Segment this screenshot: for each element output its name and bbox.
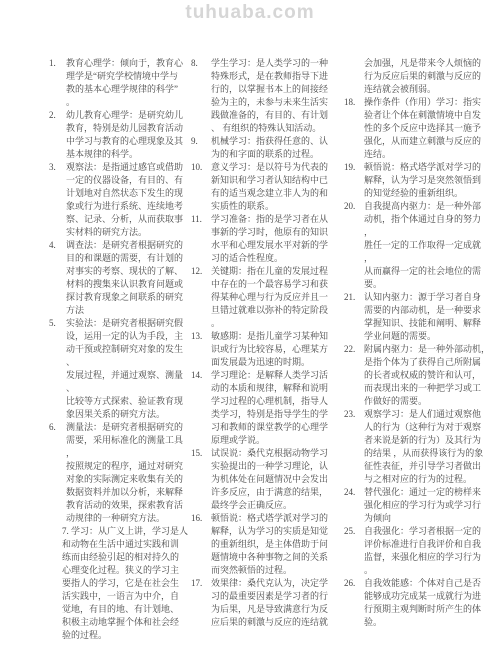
item-number: 19. xyxy=(344,161,364,200)
item-number: 5. xyxy=(49,317,66,421)
glossary-item: 21.认知内驱力：源于学习者自身 需要的内部动机，是一种要求 掌握知识、技能和阐… xyxy=(344,291,480,343)
glossary-item: 20.自我提高内驱力：是一种外部 动机，指个体通过自身的努力 ， 胜任一定的工作… xyxy=(344,200,480,291)
item-number: 14. xyxy=(191,369,211,447)
item-text: 学习准备：指的是学习者在从 事新的学习时，他原有的知识 水平和心理发展水平对新的… xyxy=(211,213,328,265)
glossary-item: 8.学生学习：是人类学习的一种 特殊形式，是在教师指导下进 行的，以掌握书本上的… xyxy=(191,57,328,135)
item-number: 13. xyxy=(191,330,211,369)
item-number: 22. xyxy=(344,343,364,408)
column-2: 8.学生学习：是人类学习的一种 特殊形式，是在教师指导下进 行的，以掌握书本上的… xyxy=(191,57,328,629)
glossary-item: 22.附属内驱力：是一种外部动机， 是指个体为了获得自己所附属 的长者或权威的赞… xyxy=(344,343,480,408)
item-text: 认知内驱力：源于学习者自身 需要的内部动机，是一种要求 掌握知识、技能和阐明、解… xyxy=(364,291,481,343)
item-text: 替代强化：通过一定的榜样来 强化相应的学习行为或学习行 为倾向 xyxy=(364,486,481,525)
item-text: 调查法：是研究者根据研究的 目的和课题的需要，有计划的 对事实的考察、现状的了解… xyxy=(66,239,183,317)
glossary-item: 19.顿悟说：格式塔学派对学习的 解释，认为学习是突然领悟到 的知觉经验的重新组… xyxy=(344,161,480,200)
item-number: 21. xyxy=(344,291,364,343)
item-number: 6. xyxy=(49,421,66,525)
item-text: 会加强，凡是带来令人烦恼的 行为反应后果的刺激与反应的 连结就会被削弱。 xyxy=(364,57,481,96)
column-1: 1.教育心理学：倾向于，教育心 理学是“研究学校情境中学与 教的基本心理学规律的… xyxy=(49,57,182,642)
item-number: 20. xyxy=(344,200,364,291)
item-number: 17. xyxy=(191,577,211,629)
item-number: 18. xyxy=(344,96,364,161)
glossary-item: 12.关键期：指在儿童的发展过程 中存在的一个最容易学习和获 得某种心理与行为反… xyxy=(191,265,328,330)
glossary-item: 10.意义学习：是以符号为代表的 新知识和学习者认知结构中已 有的适当观念建立非… xyxy=(191,161,328,213)
glossary-item: 25.自我强化：学习者根据一定的 评价标准进行自我评价和自我 监督，来强化相应的… xyxy=(344,525,480,577)
item-number: 12. xyxy=(191,265,211,330)
item-number: 15. xyxy=(191,447,211,512)
item-number: 4. xyxy=(49,239,66,317)
item-number xyxy=(344,57,364,96)
glossary-document: 1.教育心理学：倾向于，教育心 理学是“研究学校情境中学与 教的基本心理学规律的… xyxy=(49,57,480,642)
glossary-item: 2.幼儿教育心理学：是研究幼儿 教育，特别是幼儿园教育活动 中学习与教育的心理现… xyxy=(49,109,182,161)
item-number: 10. xyxy=(191,161,211,213)
glossary-item: 14.学习理论：是解释人类学习活 动的本质和规律，解释和说明 学习过程的心理机制… xyxy=(191,369,328,447)
glossary-item: 11.学习准备：指的是学习者在从 事新的学习时，他原有的知识 水平和心理发展水平… xyxy=(191,213,328,265)
item-text: 教育心理学：倾向于，教育心 理学是“研究学校情境中学与 教的基本心理学规律的科学… xyxy=(66,57,183,109)
item-text: 观察法：是指通过感官或借助 一定的仪器设备，有目的、有 计划地对自然状态下发生的… xyxy=(66,161,183,239)
glossary-item: 9.机械学习：指获得任意的、认 为的和字面的联系的过程。 xyxy=(191,135,328,161)
item-number: 1. xyxy=(49,57,66,109)
glossary-item: 6.测量法：是研究者根据研究的 需要，采用标准化的测量工具 ， 按照规定的程序，… xyxy=(49,421,182,525)
glossary-item: 15.试误说：桑代克根据动物学习 实验提出的一种学习理论，认 为机体处在问题情况… xyxy=(191,447,328,512)
item-number: 25. xyxy=(344,525,364,577)
item-text: 自我强化：学习者根据一定的 评价标准进行自我评价和自我 监督，来强化相应的学习行… xyxy=(364,525,481,577)
item-text: 测量法：是研究者根据研究的 需要，采用标准化的测量工具 ， 按照规定的程序，通过… xyxy=(66,421,183,525)
glossary-item: 会加强，凡是带来令人烦恼的 行为反应后果的刺激与反应的 连结就会被削弱。 xyxy=(344,57,480,96)
glossary-item: 5.实验法：是研究者根据研究假 设，运用一定的认为手段，主 动干预或控制研究对象… xyxy=(49,317,182,421)
glossary-item: 7. 学习：从广义上讲，学习是人 和动物在生活中通过实践和训 练而由经验引起的相… xyxy=(62,525,182,642)
glossary-item: 23.观察学习：是人们通过观察他 人的行为（这种行为对于观察 者来说是新的行为）… xyxy=(344,408,480,486)
item-text: 顿悟说：格式塔学派对学习的 解释，认为学习是突然领悟到 的知觉经验的重新组织。 xyxy=(364,161,481,200)
item-text: 敏感期：是指儿童学习某种知 识或行为比较容易，心理某方 面发展最为迅速的时期。 xyxy=(211,330,328,369)
item-number: 24. xyxy=(344,486,364,525)
glossary-item: 1.教育心理学：倾向于，教育心 理学是“研究学校情境中学与 教的基本心理学规律的… xyxy=(49,57,182,109)
glossary-item: 17.效果律：桑代克认为，决定学 习的最重要因素是学习者的行 为后果，凡是导致满… xyxy=(191,577,328,629)
item-number: 8. xyxy=(191,57,211,135)
item-number: 16. xyxy=(191,512,211,577)
glossary-item: 4.调查法：是研究者根据研究的 目的和课题的需要，有计划的 对事实的考察、现状的… xyxy=(49,239,182,317)
glossary-item: 3.观察法：是指通过感官或借助 一定的仪器设备，有目的、有 计划地对自然状态下发… xyxy=(49,161,182,239)
item-number: 11. xyxy=(191,213,211,265)
item-text: 自我效能感：个体对自己是否 能够成功完成某一成就行为进 行预期主观判断时所产生的… xyxy=(364,577,481,629)
item-text: 7. 学习：从广义上讲，学习是人 和动物在生活中通过实践和训 练而由经验引起的相… xyxy=(62,525,182,642)
glossary-item: 16.顿悟说：格式塔学派对学习的 解释，认为学习的实质是知觉 的重新组织，是主体… xyxy=(191,512,328,577)
column-3: 会加强，凡是带来令人烦恼的 行为反应后果的刺激与反应的 连结就会被削弱。18.操… xyxy=(344,57,480,629)
item-text: 机械学习：指获得任意的、认 为的和字面的联系的过程。 xyxy=(211,135,328,161)
item-text: 学习理论：是解释人类学习活 动的本质和规律，解释和说明 学习过程的心理机制，指导… xyxy=(211,369,328,447)
item-text: 自我提高内驱力：是一种外部 动机，指个体通过自身的努力 ， 胜任一定的工作取得一… xyxy=(364,200,481,291)
item-text: 效果律：桑代克认为，决定学 习的最重要因素是学习者的行 为后果，凡是导致满意行为… xyxy=(211,577,328,629)
item-text: 关键期：指在儿童的发展过程 中存在的一个最容易学习和获 得某种心理与行为反应并且… xyxy=(211,265,328,330)
glossary-item: 26.自我效能感：个体对自己是否 能够成功完成某一成就行为进 行预期主观判断时所… xyxy=(344,577,480,629)
item-text: 实验法：是研究者根据研究假 设，运用一定的认为手段，主 动干预或控制研究对象的发… xyxy=(66,317,183,421)
item-number: 2. xyxy=(49,109,66,161)
item-number: 26. xyxy=(344,577,364,629)
item-number: 3. xyxy=(49,161,66,239)
glossary-item: 13.敏感期：是指儿童学习某种知 识或行为比较容易，心理某方 面发展最为迅速的时… xyxy=(191,330,328,369)
glossary-item: 24.替代强化：通过一定的榜样来 强化相应的学习行为或学习行 为倾向 xyxy=(344,486,480,525)
item-text: 附属内驱力：是一种外部动机， 是指个体为了获得自己所附属 的长者或权威的赞许和认… xyxy=(364,343,490,408)
item-text: 试误说：桑代克根据动物学习 实验提出的一种学习理论，认 为机体处在问题情况中会发… xyxy=(211,447,328,512)
watermark: tuhuaba.com xyxy=(0,2,500,24)
item-text: 意义学习：是以符号为代表的 新知识和学习者认知结构中已 有的适当观念建立非人为的… xyxy=(211,161,328,213)
item-text: 操作条件（作用）学习：指实 验者让个体在刺激情境中自发 性的多个反应中选择其一施… xyxy=(364,96,481,161)
item-number: 9. xyxy=(191,135,211,161)
glossary-item: 18.操作条件（作用）学习：指实 验者让个体在刺激情境中自发 性的多个反应中选择… xyxy=(344,96,480,161)
item-text: 幼儿教育心理学：是研究幼儿 教育，特别是幼儿园教育活动 中学习与教育的心理现象及… xyxy=(66,109,183,161)
item-text: 观察学习：是人们通过观察他 人的行为（这种行为对于观察 者来说是新的行为）及其行… xyxy=(364,408,483,486)
item-number: 23. xyxy=(344,408,364,486)
item-text: 顿悟说：格式塔学派对学习的 解释，认为学习的实质是知觉 的重新组织，是主体借助于… xyxy=(211,512,328,577)
item-text: 学生学习：是人类学习的一种 特殊形式，是在教师指导下进 行的，以掌握书本上的间接… xyxy=(211,57,328,135)
